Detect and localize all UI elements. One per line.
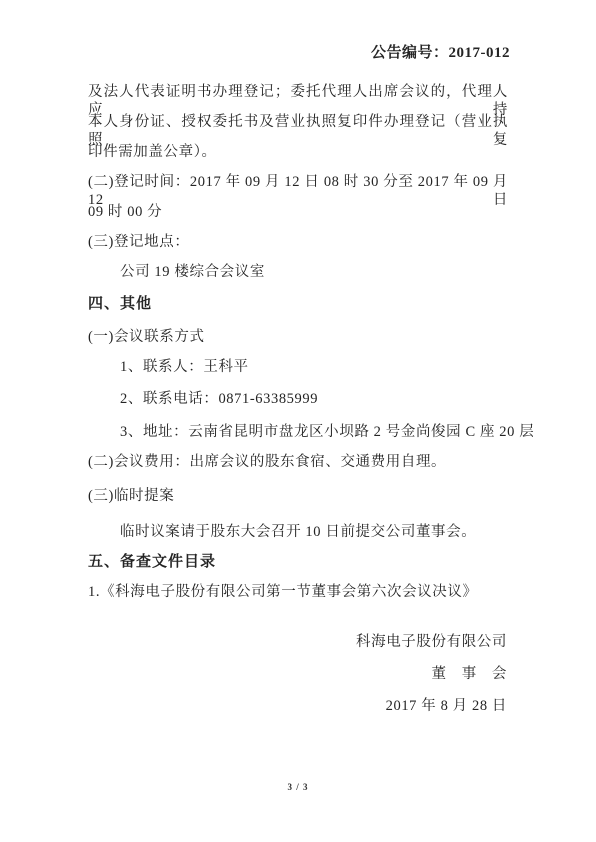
announcement-number: 公告编号：2017-012	[88, 41, 510, 62]
signature-company: 科海电子股份有限公司	[88, 630, 507, 651]
meeting-expenses-line: (二)会议费用：出席会议的股东食宿、交通费用自理。	[88, 453, 508, 471]
proxy-registration-text-3: 印件需加盖公章）。	[88, 143, 508, 161]
interim-proposal-body: 临时议案请于股东大会召开 10 日前提交公司董事会。	[120, 523, 508, 541]
contact-address-line: 3、地址：云南省昆明市盘龙区小坝路 2 号金尚俊园 C 座 20 层	[120, 423, 508, 441]
signature-board: 董 事 会	[88, 662, 507, 683]
announcement-page: 公告编号：2017-012 及法人代表证明书办理登记；委托代理人出席会议的，代理…	[0, 0, 596, 842]
section-heading-reference-documents: 五、备查文件目录	[88, 553, 508, 571]
registration-place-value: 公司 19 楼综合会议室	[120, 263, 508, 281]
registration-place-label: (三)登记地点：	[88, 233, 508, 251]
contact-method-heading: (一)会议联系方式	[88, 328, 508, 346]
reference-document-item-1: 1.《科海电子股份有限公司第一节董事会第六次会议决议》	[88, 583, 508, 601]
page-number: 3 / 3	[0, 782, 596, 792]
contact-person-line: 1、联系人：王科平	[120, 358, 508, 376]
section-heading-other: 四、其他	[88, 295, 508, 313]
contact-phone-line: 2、联系电话：0871-63385999	[120, 390, 508, 408]
interim-proposal-heading: (三)临时提案	[88, 487, 508, 505]
signature-date: 2017 年 8 月 28 日	[88, 694, 507, 715]
registration-time-line-2: 09 时 00 分	[88, 203, 508, 221]
